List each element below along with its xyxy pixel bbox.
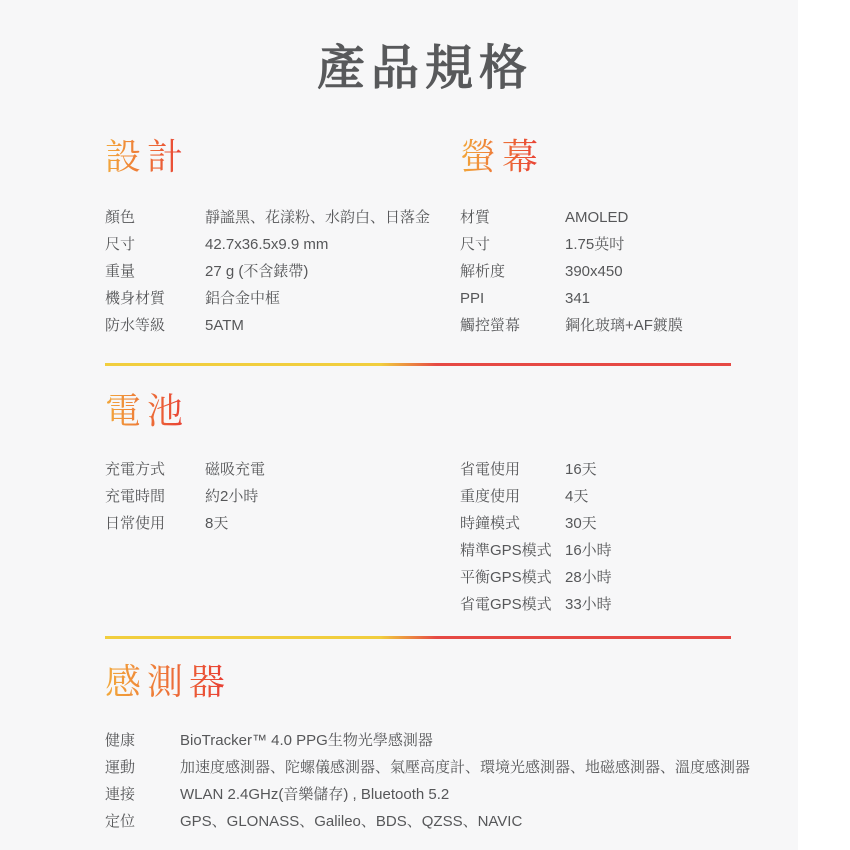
spec-value: AMOLED [565, 204, 628, 231]
spec-value: 8天 [205, 510, 228, 537]
design-rows: 顏色 靜謐黑、花漾粉、水韵白、日落金 尺寸 42.7x36.5x9.9 mm 重… [105, 204, 460, 339]
spec-value: 30天 [565, 510, 597, 537]
spec-row: 健康 BioTracker™ 4.0 PPG生物光學感測器 [105, 727, 753, 754]
battery-heading: 電池 [105, 388, 189, 434]
sensors-section: 感測器 健康 BioTracker™ 4.0 PPG生物光學感測器 運動 加速度… [105, 659, 753, 835]
spec-label: 精準GPS模式 [460, 537, 565, 564]
screen-column: 螢幕 材質 AMOLED 尺寸 1.75英吋 解析度 390x450 [460, 134, 753, 339]
sensors-rows: 健康 BioTracker™ 4.0 PPG生物光學感測器 運動 加速度感測器、… [105, 727, 753, 835]
spec-row: 日常使用 8天 [105, 510, 460, 537]
spec-row: 時鐘模式 30天 [460, 510, 753, 537]
spec-label: 尺寸 [460, 231, 565, 258]
spec-value: WLAN 2.4GHz(音樂儲存) , Bluetooth 5.2 [180, 781, 449, 808]
spec-label: 重度使用 [460, 483, 565, 510]
spec-label: 健康 [105, 727, 180, 754]
sensors-heading-wrap: 感測器 [105, 659, 753, 713]
design-screen-section: 設計 顏色 靜謐黑、花漾粉、水韵白、日落金 尺寸 42.7x36.5x9.9 m… [105, 134, 753, 339]
spec-label: 日常使用 [105, 510, 205, 537]
design-column: 設計 顏色 靜謐黑、花漾粉、水韵白、日落金 尺寸 42.7x36.5x9.9 m… [105, 134, 460, 339]
spec-label: 平衡GPS模式 [460, 564, 565, 591]
spec-label: 省電使用 [460, 456, 565, 483]
section-divider [105, 363, 731, 366]
spec-row: 平衡GPS模式 28小時 [460, 564, 753, 591]
spec-row: 精準GPS模式 16小時 [460, 537, 753, 564]
spec-row: 定位 GPS、GLONASS、Galileo、BDS、QZSS、NAVIC [105, 808, 753, 835]
spec-label: 顏色 [105, 204, 205, 231]
spec-value: 16小時 [565, 537, 612, 564]
spec-label: 定位 [105, 808, 180, 835]
design-heading: 設計 [105, 134, 189, 180]
battery-left-column: 充電方式 磁吸充電 充電時間 約2小時 日常使用 8天 [105, 456, 460, 618]
spec-value: 鋼化玻璃+AF鍍膜 [565, 312, 683, 339]
spec-row: 材質 AMOLED [460, 204, 753, 231]
spec-row: 省電GPS模式 33小時 [460, 591, 753, 618]
spec-value: 約2小時 [205, 483, 258, 510]
spec-value: 42.7x36.5x9.9 mm [205, 231, 328, 258]
section-divider [105, 636, 731, 639]
spec-label: 運動 [105, 754, 180, 781]
spec-label: 時鐘模式 [460, 510, 565, 537]
spec-label: 充電方式 [105, 456, 205, 483]
spec-value: 27 g (不含錶帶) [205, 258, 308, 285]
spec-row: 充電方式 磁吸充電 [105, 456, 460, 483]
spec-value: 33小時 [565, 591, 612, 618]
spec-row: 重量 27 g (不含錶帶) [105, 258, 460, 285]
spec-value: 341 [565, 285, 590, 312]
spec-label: 充電時間 [105, 483, 205, 510]
spec-row: 連接 WLAN 2.4GHz(音樂儲存) , Bluetooth 5.2 [105, 781, 753, 808]
spec-value: 28小時 [565, 564, 612, 591]
battery-heading-wrap: 電池 [105, 388, 753, 442]
spec-value: 加速度感測器、陀螺儀感測器、氣壓高度計、環境光感測器、地磁感測器、溫度感測器 [180, 754, 750, 781]
spec-label: 連接 [105, 781, 180, 808]
spec-sheet-page: 產品規格 設計 顏色 靜謐黑、花漾粉、水韵白、日落金 尺寸 42.7x36.5x… [0, 0, 798, 850]
spec-label: 機身材質 [105, 285, 205, 312]
spec-label: 材質 [460, 204, 565, 231]
spec-row: 重度使用 4天 [460, 483, 753, 510]
spec-label: 解析度 [460, 258, 565, 285]
spec-row: 防水等級 5ATM [105, 312, 460, 339]
spec-value: 16天 [565, 456, 597, 483]
screen-heading: 螢幕 [460, 134, 544, 180]
spec-label: 觸控螢幕 [460, 312, 565, 339]
page-title: 產品規格 [105, 0, 745, 98]
spec-content: 產品規格 設計 顏色 靜謐黑、花漾粉、水韵白、日落金 尺寸 42.7x36.5x… [105, 0, 753, 835]
spec-row: 觸控螢幕 鋼化玻璃+AF鍍膜 [460, 312, 753, 339]
spec-value: 4天 [565, 483, 588, 510]
spec-row: 充電時間 約2小時 [105, 483, 460, 510]
battery-section: 充電方式 磁吸充電 充電時間 約2小時 日常使用 8天 省電使用 16天 [105, 456, 753, 618]
spec-label: 防水等級 [105, 312, 205, 339]
spec-row: 尺寸 1.75英吋 [460, 231, 753, 258]
screen-heading-wrap: 螢幕 [460, 134, 753, 188]
spec-value: 1.75英吋 [565, 231, 624, 258]
spec-value: BioTracker™ 4.0 PPG生物光學感測器 [180, 727, 433, 754]
spec-value: GPS、GLONASS、Galileo、BDS、QZSS、NAVIC [180, 808, 522, 835]
spec-label: 省電GPS模式 [460, 591, 565, 618]
spec-row: PPI 341 [460, 285, 753, 312]
sensors-heading: 感測器 [105, 659, 231, 705]
spec-value: 5ATM [205, 312, 244, 339]
spec-row: 省電使用 16天 [460, 456, 753, 483]
spec-value: 鋁合金中框 [205, 285, 280, 312]
spec-label: 尺寸 [105, 231, 205, 258]
battery-right-column: 省電使用 16天 重度使用 4天 時鐘模式 30天 精準GPS模式 16小時 平… [460, 456, 753, 618]
spec-value: 390x450 [565, 258, 623, 285]
spec-row: 顏色 靜謐黑、花漾粉、水韵白、日落金 [105, 204, 460, 231]
spec-row: 機身材質 鋁合金中框 [105, 285, 460, 312]
spec-row: 運動 加速度感測器、陀螺儀感測器、氣壓高度計、環境光感測器、地磁感測器、溫度感測… [105, 754, 753, 781]
spec-label: PPI [460, 285, 565, 312]
spec-value: 磁吸充電 [205, 456, 265, 483]
spec-label: 重量 [105, 258, 205, 285]
spec-row: 解析度 390x450 [460, 258, 753, 285]
spec-value: 靜謐黑、花漾粉、水韵白、日落金 [205, 204, 430, 231]
design-heading-wrap: 設計 [105, 134, 460, 188]
spec-row: 尺寸 42.7x36.5x9.9 mm [105, 231, 460, 258]
screen-rows: 材質 AMOLED 尺寸 1.75英吋 解析度 390x450 PPI 341 [460, 204, 753, 339]
